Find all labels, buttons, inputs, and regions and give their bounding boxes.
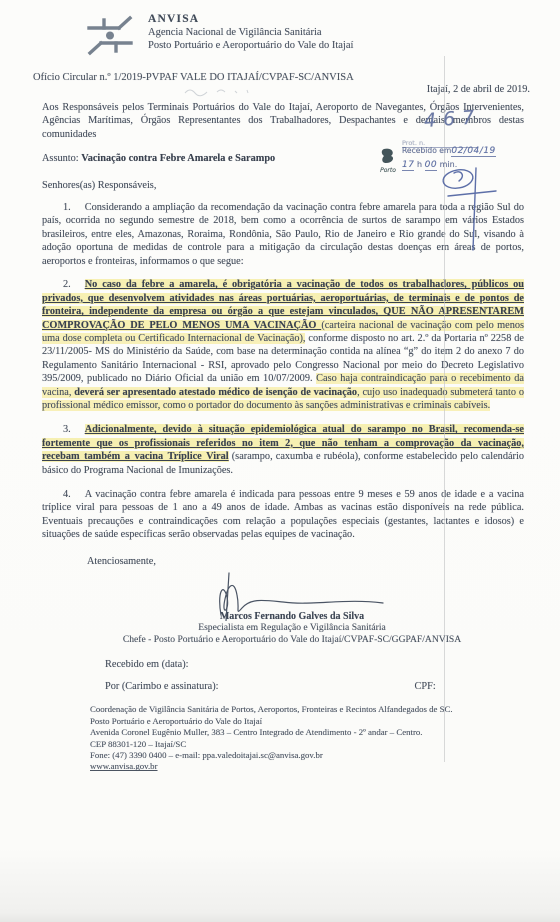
received-label: Recebido em: [402, 146, 451, 155]
closing-salutation: Atenciosamente,: [87, 556, 560, 567]
by-stamp-signature-field: Por (Carimbo e assinatura):: [105, 681, 219, 692]
place-date-line: Itajaí, 2 de abril de 2019.: [0, 84, 560, 95]
paragraph-4-number: 4.: [63, 489, 85, 500]
letterhead: ANVISA Agencia Nacional de Vigilância Sa…: [0, 0, 560, 61]
paragraph-4: 4.A vacinação contra febre amarela é ind…: [42, 488, 524, 542]
signature-block: Marcos Fernando Galves da Silva Especial…: [72, 611, 512, 646]
paragraph-2: 2.No caso da febre a amarela, é obrigató…: [42, 278, 524, 412]
document-reference: Ofício Circular n.º 1/2019-PVPAF VALE DO…: [33, 72, 530, 83]
paragraph-3: 3.Adicionalmente, devido à situação epid…: [42, 423, 524, 477]
footer-block: Coordenação de Vigilância Sanitária de P…: [90, 704, 540, 772]
footer-website: www.anvisa.gov.br: [90, 761, 540, 772]
received-date-handwritten: 02/04/19: [451, 146, 495, 157]
signer-title-2: Chefe - Posto Portuário e Aeroportuário …: [72, 634, 512, 646]
signer-name: Marcos Fernando Galves da Silva: [72, 611, 512, 623]
org-line1: Agencia Nacional de Vigilância Sanitária: [148, 26, 353, 39]
minute-handwritten: 00: [425, 160, 437, 171]
paragraph-3-number: 3.: [63, 424, 85, 435]
footer-cep: CEP 88301-120 – Itajaí/SC: [90, 739, 540, 750]
received-stamp: 467 Prot. n. Porto Recebido em02/04/19 1…: [372, 106, 508, 256]
porto-logo-text: Porto: [376, 168, 400, 174]
org-identification: ANVISA Agencia Nacional de Vigilância Sa…: [148, 13, 353, 52]
porto-logo-icon: Porto: [376, 148, 400, 174]
paragraph-2-number: 2.: [63, 279, 85, 290]
org-line2: Posto Portuário e Aeroportuário do Vale …: [148, 39, 353, 52]
stamp-received-row: Recebido em02/04/19: [402, 146, 496, 156]
paragraph-4-text: A vacinação contra febre amarela é indic…: [42, 489, 524, 540]
subject-text: Vacinação contra Febre Amarela e Sarampo: [81, 153, 275, 164]
anvisa-logo-icon: [84, 15, 136, 62]
footer-phone-email: Fone: (47) 3390 0400 – e-mail: ppa.valed…: [90, 750, 540, 761]
by-row: Por (Carimbo e assinatura): CPF:: [105, 681, 560, 692]
hour-label: h: [417, 160, 422, 169]
document-page: ANVISA Agencia Nacional de Vigilância Sa…: [0, 0, 560, 922]
signer-title-1: Especialista em Regulação e Vigilância S…: [72, 622, 512, 634]
subject-label: Assunto:: [42, 153, 81, 164]
paragraph-2-highlight-bold: deverá ser apresentado atestado médico d…: [74, 387, 357, 398]
hour-handwritten: 17: [402, 160, 414, 171]
received-date-field: Recebido em (data):: [105, 659, 560, 670]
footer-coordination: Coordenação de Vigilância Sanitária de P…: [90, 704, 540, 715]
footer-office: Posto Portuário e Aeroportuário do Vale …: [90, 716, 540, 727]
footer-address: Avenida Coronel Eugênio Muller, 383 – Ce…: [90, 727, 540, 738]
stamp-signature-initials: [438, 166, 502, 260]
protocol-number-handwritten: 467: [423, 106, 482, 132]
pencil-scribble: [183, 84, 263, 102]
paragraph-1-number: 1.: [63, 202, 85, 213]
org-name: ANVISA: [148, 13, 353, 26]
cpf-field: CPF:: [415, 681, 436, 692]
